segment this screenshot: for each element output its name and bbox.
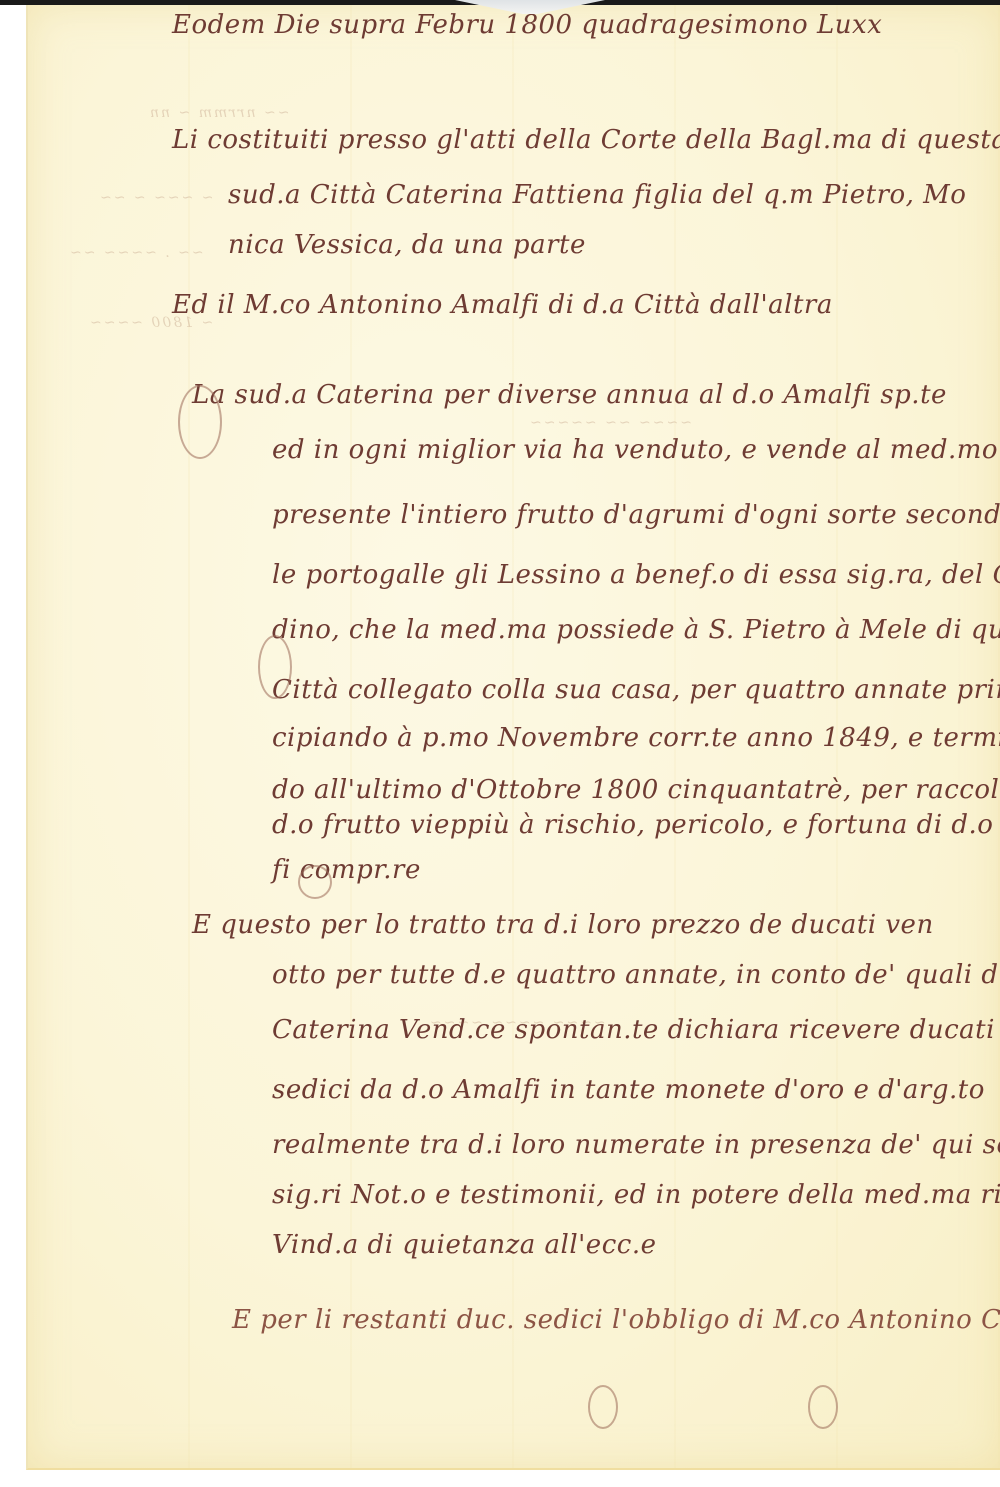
manuscript-line: dino, che la med.ma possiede à S. Pietro… xyxy=(272,615,1000,645)
manuscript-page: ~~ nrrmm ~ nn ~ ~~~ ~ ~~ ~~ . ~~~~ ~~ ~ … xyxy=(26,5,1000,1470)
decorative-flourish xyxy=(258,635,292,699)
manuscript-line: le portogalle gli Lessino a benef.o di e… xyxy=(272,560,1000,590)
show-through-text: ~~~~ ~~ ~~~~~ xyxy=(528,415,692,431)
manuscript-line: Città collegato colla sua casa, per quat… xyxy=(272,675,1000,705)
manuscript-line: sedici da d.o Amalfi in tante monete d'o… xyxy=(272,1075,985,1105)
manuscript-line: E questo per lo tratto tra d.i loro prez… xyxy=(192,910,934,940)
decorative-flourish xyxy=(178,385,222,459)
manuscript-line: sig.ri Not.o e testimonii, ed in potere … xyxy=(272,1180,1000,1210)
manuscript-line: ed in ogni miglior via ha venduto, e ven… xyxy=(272,435,998,465)
manuscript-line: d.o frutto vieppiù à rischio, pericolo, … xyxy=(272,810,1000,840)
manuscript-line: nica Vessica, da una parte xyxy=(228,230,586,260)
show-through-text: ~~ nrrmm ~ nn xyxy=(148,105,290,121)
manuscript-line: Li costituiti presso gl'atti della Corte… xyxy=(172,125,1000,155)
manuscript-line: presente l'intiero frutto d'agrumi d'ogn… xyxy=(272,500,1000,530)
manuscript-line: Vind.a di quietanza all'ecc.e xyxy=(272,1230,656,1260)
manuscript-line: otto per tutte d.e quattro annate, in co… xyxy=(272,960,1000,990)
manuscript-line: cipiando à p.mo Novembre corr.te anno 18… xyxy=(272,723,1000,753)
manuscript-line: realmente tra d.i loro numerate in prese… xyxy=(272,1130,1000,1160)
manuscript-line: E per li restanti duc. sedici l'obbligo … xyxy=(232,1305,1000,1335)
manuscript-line: fi compr.re xyxy=(272,855,421,885)
manuscript-line: Caterina Vend.ce spontan.te dichiara ric… xyxy=(272,1015,995,1045)
show-through-text: ~~ . ~~~~ ~~ xyxy=(68,245,204,261)
decorative-flourish xyxy=(808,1385,838,1429)
manuscript-line: Ed il M.co Antonino Amalfi di d.a Città … xyxy=(172,290,833,320)
decorative-flourish xyxy=(588,1385,618,1429)
decorative-flourish xyxy=(298,865,332,899)
manuscript-line: do all'ultimo d'Ottobre 1800 cinquantatr… xyxy=(272,775,1000,805)
manuscript-line: La sud.a Caterina per diverse annua al d… xyxy=(192,380,947,410)
manuscript-line: sud.a Città Caterina Fattiena figlia del… xyxy=(228,180,966,210)
show-through-text: ~ ~~~ ~ ~~ xyxy=(98,190,213,206)
manuscript-line: Eodem Die supra Febru 1800 quadragesimon… xyxy=(172,10,882,40)
